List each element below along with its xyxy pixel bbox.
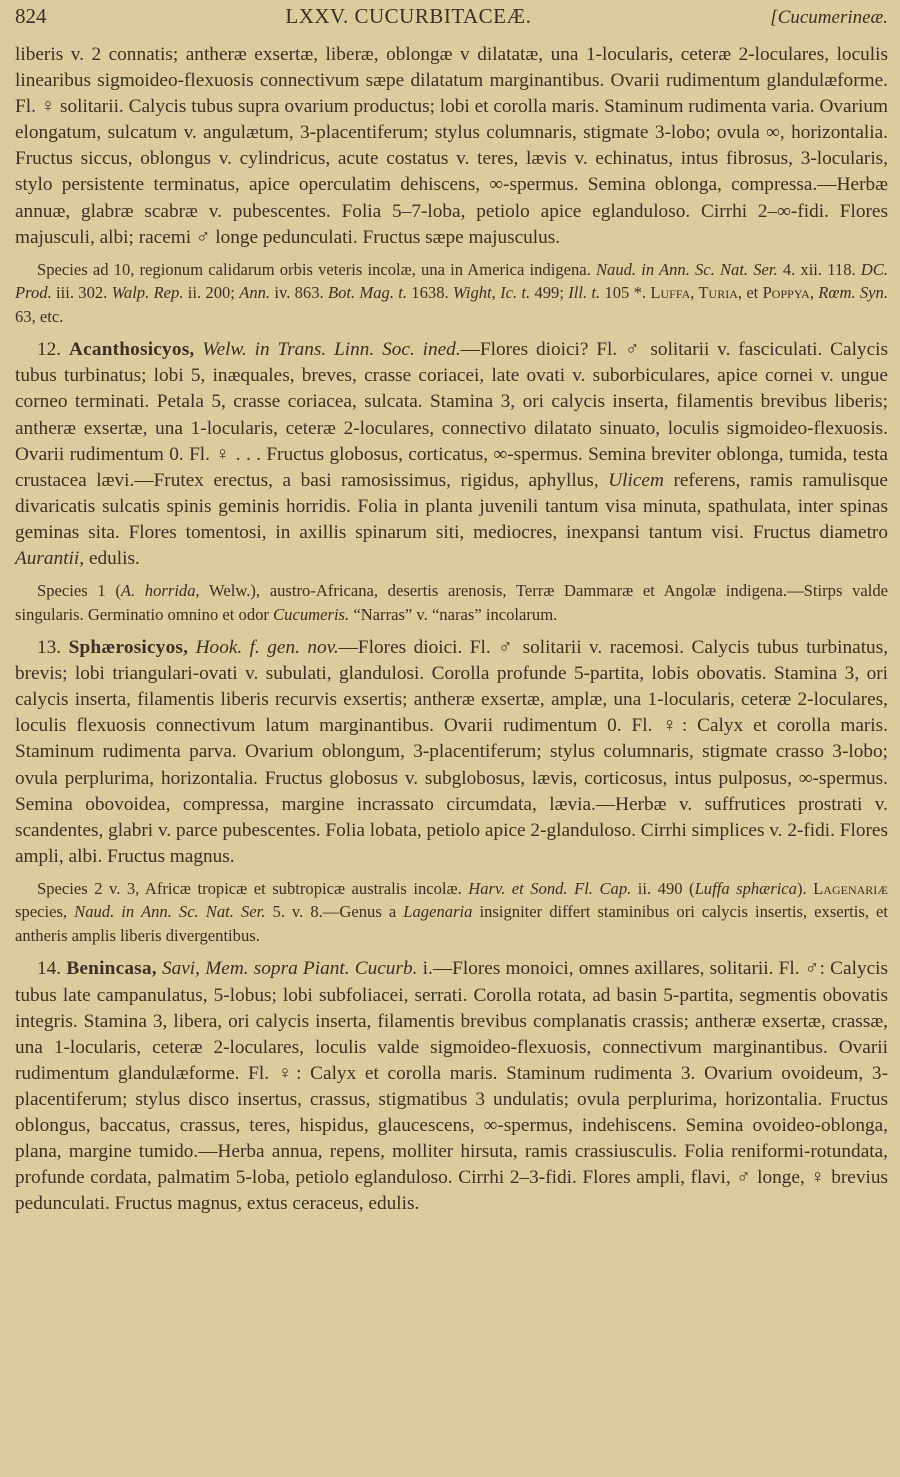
- genus-number: 12.: [37, 339, 61, 360]
- genus-entry-12: 12. Acanthosicyos, Welw. in Trans. Linn.…: [15, 337, 888, 572]
- running-header: 824 LXXV. CUCURBITACEÆ. [Cucumerineæ.: [15, 0, 888, 42]
- genus-authority: Welw. in Trans. Linn. Soc. ined.: [202, 339, 460, 360]
- tribe-title: [Cucumerineæ.: [770, 7, 888, 29]
- page-number: 824: [15, 4, 47, 29]
- genus-entry-13: 13. Sphærosicyos, Hook. f. gen. nov.—Flo…: [15, 635, 888, 870]
- genus-name: Sphærosicyos,: [69, 637, 189, 658]
- document-page: 824 LXXV. CUCURBITACEÆ. [Cucumerineæ. li…: [0, 0, 900, 1477]
- continued-note: Species ad 10, regionum calidarum orbis …: [15, 258, 888, 329]
- genus-name: Acanthosicyos,: [69, 339, 194, 360]
- genus-name: Benincasa,: [66, 958, 156, 979]
- genus-entry-14: 14. Benincasa, Savi, Mem. sopra Piant. C…: [15, 956, 888, 1217]
- genus-authority: Hook. f. gen. nov.: [196, 637, 339, 658]
- genus-number: 14.: [37, 958, 61, 979]
- family-title: LXXV. CUCURBITACEÆ.: [285, 4, 531, 29]
- genus-number: 13.: [37, 637, 61, 658]
- continued-description: liberis v. 2 connatis; antheræ exsertæ, …: [15, 42, 888, 251]
- genus-note-13: Species 2 v. 3, Africæ tropicæ et subtro…: [15, 877, 888, 948]
- genus-note-12: Species 1 (A. horrida, Welw.), austro-Af…: [15, 579, 888, 626]
- genus-authority: Savi, Mem. sopra Piant. Cucurb.: [162, 958, 417, 979]
